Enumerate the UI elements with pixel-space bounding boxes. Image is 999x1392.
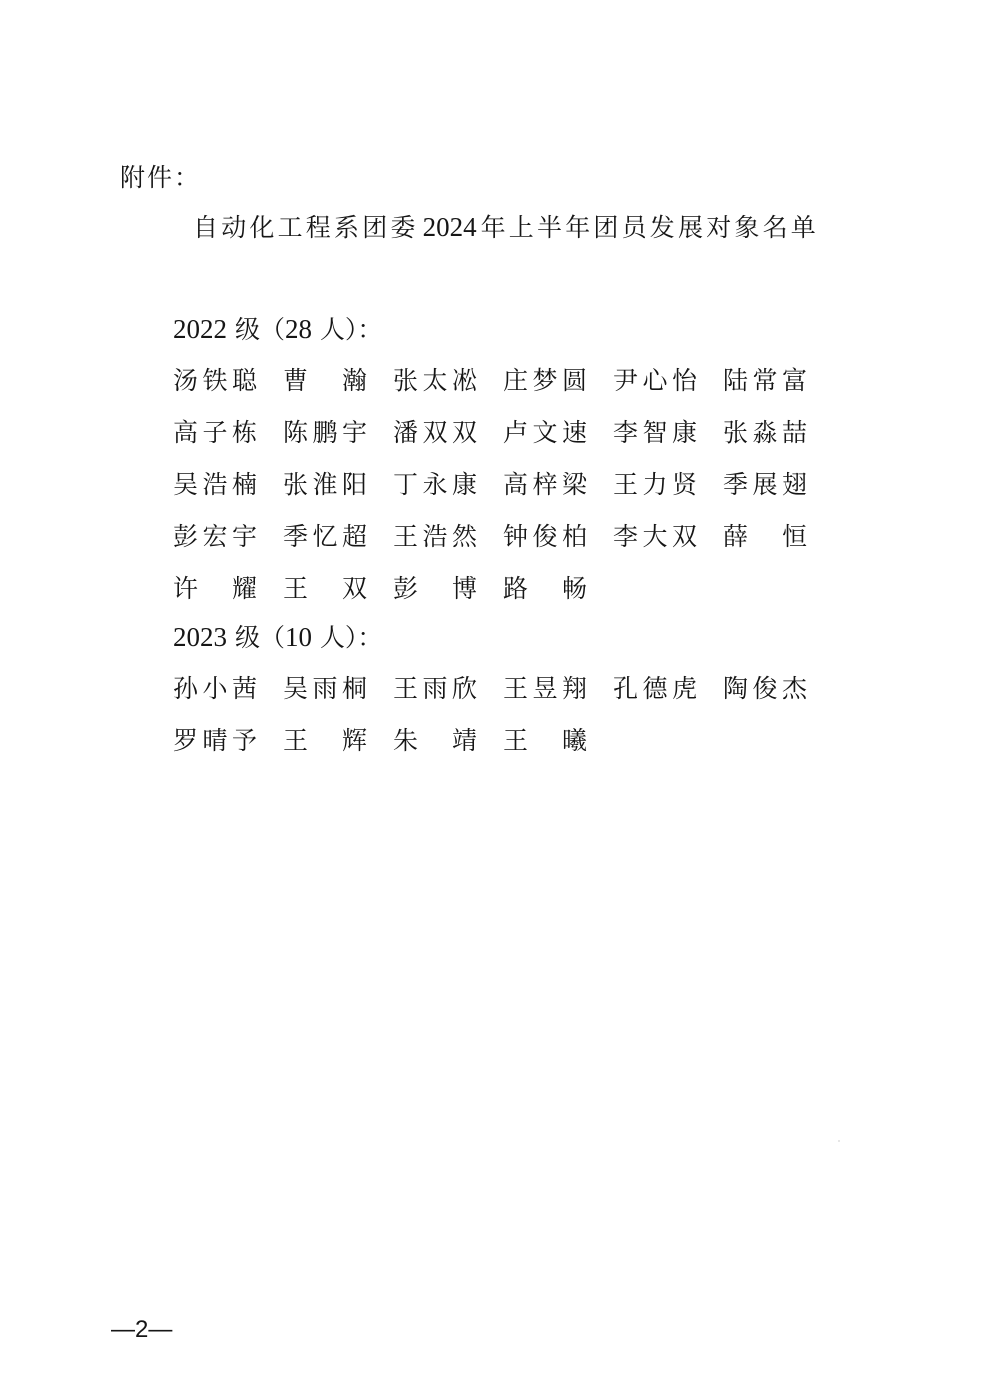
- name-char: 吴: [283, 671, 308, 723]
- name-char: 柏: [562, 519, 587, 571]
- name-char: 楠: [232, 467, 257, 519]
- grade-year: 2022: [173, 314, 227, 344]
- name-char: 铁: [202, 363, 227, 415]
- count-suffix: 人）：: [320, 315, 383, 344]
- name-char: 富: [782, 363, 807, 415]
- name-char: 俊: [532, 519, 557, 571]
- name-char: 德: [642, 671, 667, 723]
- name-char: 速: [562, 415, 587, 467]
- member-name: 王曦: [503, 723, 587, 775]
- section-grade-2023: 2023 级（10 人）： 孙小茜吴雨桐王雨欣王昱翔孔德虎陶俊杰罗晴予王辉朱靖王…: [173, 619, 833, 775]
- member-count: 10: [285, 622, 312, 652]
- member-name: 张太凇: [393, 363, 477, 415]
- name-char: 聪: [232, 363, 257, 415]
- member-name: 王昱翔: [503, 671, 587, 723]
- member-name: 彭博: [393, 571, 477, 623]
- name-char: 陆: [723, 363, 748, 415]
- name-char: 丁: [393, 467, 418, 519]
- name-char: 卢: [503, 415, 528, 467]
- name-char: 贤: [672, 467, 697, 519]
- name-char: 太: [422, 363, 447, 415]
- name-char: 王: [393, 671, 418, 723]
- name-char: 文: [532, 415, 557, 467]
- member-name: 王浩然: [393, 519, 477, 571]
- name-char: 李: [613, 519, 638, 571]
- name-char: 昱: [532, 671, 557, 723]
- member-name: 王雨欣: [393, 671, 477, 723]
- name-char: 晴: [202, 723, 227, 775]
- title-suffix: 年上半年团员发展对象名单: [481, 213, 819, 242]
- name-char: 雨: [312, 671, 337, 723]
- scan-speck: [838, 1140, 840, 1142]
- name-char: 康: [672, 415, 697, 467]
- name-char: 常: [752, 363, 777, 415]
- name-char: 辉: [342, 723, 367, 775]
- name-char: 曹: [283, 363, 308, 415]
- name-char: 孙: [173, 671, 198, 723]
- page-number: —2—: [111, 1315, 172, 1345]
- name-char: 庄: [503, 363, 528, 415]
- name-char: 凇: [452, 363, 477, 415]
- grade-suffix: 级（: [235, 315, 285, 344]
- grade-year: 2023: [173, 622, 227, 652]
- name-char: 翅: [782, 467, 807, 519]
- name-char: 力: [642, 467, 667, 519]
- name-char: 瀚: [342, 363, 367, 415]
- member-name: 王双: [283, 571, 367, 623]
- grade-heading: 2023 级（10 人）：: [173, 619, 833, 671]
- name-char: 鹏: [312, 415, 337, 467]
- member-name: 陈鹏宇: [283, 415, 367, 467]
- name-char: 曦: [562, 723, 587, 775]
- name-char: 季: [723, 467, 748, 519]
- member-name: 尹心怡: [613, 363, 697, 415]
- member-name: 吴雨桐: [283, 671, 367, 723]
- name-char: 梁: [562, 467, 587, 519]
- name-char: 宇: [342, 415, 367, 467]
- name-char: 宏: [202, 519, 227, 571]
- member-name: 薛恒: [723, 519, 807, 571]
- name-char: 汤: [173, 363, 198, 415]
- member-name: 钟俊柏: [503, 519, 587, 571]
- name-char: 畅: [562, 571, 587, 623]
- name-char: 桐: [342, 671, 367, 723]
- grade-suffix: 级（: [235, 623, 285, 652]
- name-char: 王: [393, 519, 418, 571]
- member-name: 许耀: [173, 571, 257, 623]
- name-char: 王: [283, 571, 308, 623]
- member-name: 丁永康: [393, 467, 477, 519]
- name-char: 阳: [342, 467, 367, 519]
- member-name: 路畅: [503, 571, 587, 623]
- member-name: 张淼喆: [723, 415, 807, 467]
- member-name: 孙小茜: [173, 671, 257, 723]
- title-prefix: 自动化工程系团委: [193, 213, 419, 242]
- name-char: 张: [283, 467, 308, 519]
- section-grade-2022: 2022 级（28 人）： 汤铁聪曹瀚张太凇庄梦圆尹心怡陆常富高子栋陈鹏宇潘双双…: [173, 311, 833, 623]
- member-name: 曹瀚: [283, 363, 367, 415]
- member-name: 高子栋: [173, 415, 257, 467]
- member-name: 李大双: [613, 519, 697, 571]
- name-char: 杰: [782, 671, 807, 723]
- name-char: 予: [232, 723, 257, 775]
- name-char: 展: [752, 467, 777, 519]
- name-char: 双: [452, 415, 477, 467]
- name-char: 超: [342, 519, 367, 571]
- name-char: 王: [283, 723, 308, 775]
- name-char: 靖: [452, 723, 477, 775]
- name-char: 喆: [782, 415, 807, 467]
- member-name: 朱靖: [393, 723, 477, 775]
- name-char: 李: [613, 415, 638, 467]
- name-char: 浩: [202, 467, 227, 519]
- name-char: 浩: [422, 519, 447, 571]
- name-char: 忆: [312, 519, 337, 571]
- member-name: 潘双双: [393, 415, 477, 467]
- name-char: 路: [503, 571, 528, 623]
- names-grid: 孙小茜吴雨桐王雨欣王昱翔孔德虎陶俊杰罗晴予王辉朱靖王曦: [173, 671, 833, 775]
- member-count: 28: [285, 314, 312, 344]
- member-name: 张淮阳: [283, 467, 367, 519]
- name-char: 欣: [452, 671, 477, 723]
- member-name: 吴浩楠: [173, 467, 257, 519]
- name-char: 淼: [752, 415, 777, 467]
- name-char: 钟: [503, 519, 528, 571]
- name-char: 博: [452, 571, 477, 623]
- name-char: 梓: [532, 467, 557, 519]
- name-char: 王: [613, 467, 638, 519]
- names-grid: 汤铁聪曹瀚张太凇庄梦圆尹心怡陆常富高子栋陈鹏宇潘双双卢文速李智康张淼喆吴浩楠张淮…: [173, 363, 833, 623]
- name-char: 彭: [173, 519, 198, 571]
- member-name: 汤铁聪: [173, 363, 257, 415]
- grade-heading: 2022 级（28 人）：: [173, 311, 833, 363]
- name-char: 潘: [393, 415, 418, 467]
- name-char: 智: [642, 415, 667, 467]
- attachment-label: 附件：: [120, 160, 201, 196]
- member-name: 罗晴予: [173, 723, 257, 775]
- name-char: 怡: [672, 363, 697, 415]
- name-char: 薛: [723, 519, 748, 571]
- name-char: 王: [503, 723, 528, 775]
- member-name: 彭宏宇: [173, 519, 257, 571]
- member-name: 高梓梁: [503, 467, 587, 519]
- name-char: 高: [503, 467, 528, 519]
- name-char: 陈: [283, 415, 308, 467]
- member-name: 孔德虎: [613, 671, 697, 723]
- member-name: 卢文速: [503, 415, 587, 467]
- member-name: 王力贤: [613, 467, 697, 519]
- name-char: 双: [342, 571, 367, 623]
- name-char: 然: [452, 519, 477, 571]
- name-char: 陶: [723, 671, 748, 723]
- member-name: 陶俊杰: [723, 671, 807, 723]
- name-char: 季: [283, 519, 308, 571]
- name-char: 翔: [562, 671, 587, 723]
- name-char: 高: [173, 415, 198, 467]
- name-char: 尹: [613, 363, 638, 415]
- name-char: 罗: [173, 723, 198, 775]
- name-char: 许: [173, 571, 198, 623]
- name-char: 耀: [232, 571, 257, 623]
- document-title: 自动化工程系团委2024年上半年团员发展对象名单: [193, 209, 819, 246]
- name-char: 茜: [232, 671, 257, 723]
- name-char: 彭: [393, 571, 418, 623]
- member-name: 庄梦圆: [503, 363, 587, 415]
- name-char: 宇: [232, 519, 257, 571]
- name-char: 子: [202, 415, 227, 467]
- name-char: 吴: [173, 467, 198, 519]
- name-char: 虎: [672, 671, 697, 723]
- name-char: 王: [503, 671, 528, 723]
- member-name: 季忆超: [283, 519, 367, 571]
- name-char: 俊: [752, 671, 777, 723]
- name-char: 栋: [232, 415, 257, 467]
- name-char: 双: [422, 415, 447, 467]
- name-char: 康: [452, 467, 477, 519]
- member-name: 季展翅: [723, 467, 807, 519]
- member-name: 陆常富: [723, 363, 807, 415]
- name-char: 恒: [782, 519, 807, 571]
- name-char: 雨: [422, 671, 447, 723]
- name-char: 小: [202, 671, 227, 723]
- title-year: 2024: [419, 212, 481, 242]
- name-char: 朱: [393, 723, 418, 775]
- name-char: 梦: [532, 363, 557, 415]
- name-char: 大: [642, 519, 667, 571]
- member-name: 王辉: [283, 723, 367, 775]
- name-char: 心: [642, 363, 667, 415]
- count-suffix: 人）：: [320, 623, 383, 652]
- member-name: 李智康: [613, 415, 697, 467]
- name-char: 孔: [613, 671, 638, 723]
- name-char: 双: [672, 519, 697, 571]
- name-char: 淮: [312, 467, 337, 519]
- name-char: 圆: [562, 363, 587, 415]
- name-char: 永: [422, 467, 447, 519]
- name-char: 张: [393, 363, 418, 415]
- name-char: 张: [723, 415, 748, 467]
